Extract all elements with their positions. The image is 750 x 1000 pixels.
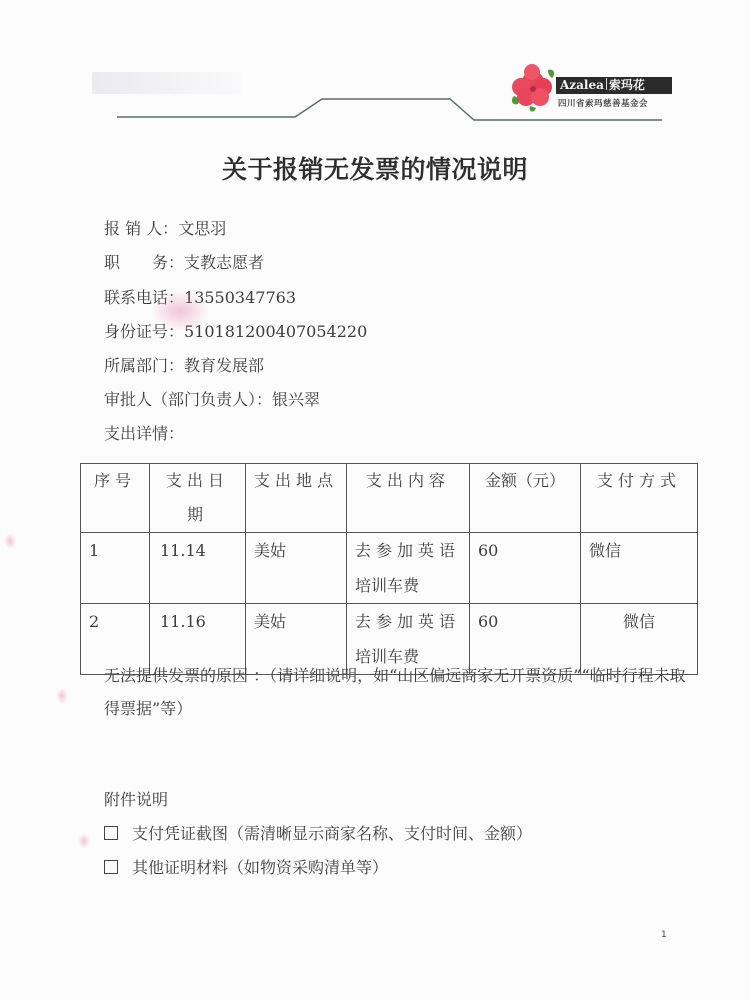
attachment-label: 支付凭证截图（需清晰显示商家名称、支付时间、金额） xyxy=(132,824,532,843)
document-title: 关于报销无发票的情况说明 xyxy=(0,150,750,186)
no-invoice-reason: 无法提供发票的原因 ：（请详细说明，如“山区偏远商家无开票资质”“临时行程未取得… xyxy=(104,659,694,725)
table-header-row: 序号 支出日期 支出地点 支出内容 金额（元） 支付方式 xyxy=(81,464,698,533)
content-line: 去参加英语 xyxy=(355,604,461,639)
field-label: 职 务： xyxy=(104,250,184,273)
expense-table: 序号 支出日期 支出地点 支出内容 金额（元） 支付方式 1 11.14 美姑 … xyxy=(80,463,698,675)
field-value: 教育发展部 xyxy=(184,356,264,375)
field-expense-details: 支出详情： xyxy=(104,421,184,444)
cell-amount: 60 xyxy=(470,533,581,604)
logo-brand-en: Azalea xyxy=(560,78,604,92)
field-label: 支出详情： xyxy=(104,421,184,444)
header-date: 支出日期 xyxy=(150,464,246,533)
content-line: 去参加英语 xyxy=(355,533,461,568)
cell-method: 微信 xyxy=(581,533,698,604)
field-value: 510181200407054220 xyxy=(184,322,367,341)
logo-brand-band: Azalea索玛花 xyxy=(556,77,672,94)
attachment-label: 其他证明材料（如物资采购清单等） xyxy=(132,858,388,877)
checkbox-icon[interactable] xyxy=(104,860,118,874)
cell-date: 11.14 xyxy=(150,533,246,604)
header-amount: 金额（元） xyxy=(470,464,581,533)
ink-smudge xyxy=(150,290,210,332)
page-number: 1 xyxy=(661,930,667,940)
document-page: Azalea索玛花 四川省索玛慈善基金会 关于报销无发票的情况说明 报 销 人：… xyxy=(0,0,750,1000)
field-approver: 审批人（部门负责人）：银兴翠 xyxy=(104,387,320,410)
field-position: 职 务：支教志愿者 xyxy=(104,250,264,273)
cell-place: 美姑 xyxy=(246,533,347,604)
attachment-item-payment-screenshot[interactable]: 支付凭证截图（需清晰显示商家名称、支付时间、金额） xyxy=(104,821,532,844)
field-value: 文思羽 xyxy=(178,219,226,238)
field-claimant: 报 销 人：文思羽 xyxy=(104,216,226,239)
checkbox-icon[interactable] xyxy=(104,826,118,840)
cell-no: 1 xyxy=(81,533,150,604)
ink-speck xyxy=(4,533,16,549)
header-no: 序号 xyxy=(81,464,150,533)
ink-speck xyxy=(78,833,90,849)
field-label: 报 销 人： xyxy=(104,216,178,239)
attachment-item-other-proof[interactable]: 其他证明材料（如物资采购清单等） xyxy=(104,855,388,878)
field-label: 所属部门： xyxy=(104,353,184,376)
field-label: 审批人（部门负责人）： xyxy=(104,387,272,410)
field-value: 银兴翠 xyxy=(272,390,320,409)
field-value: 支教志愿者 xyxy=(184,253,264,272)
foundation-logo: Azalea索玛花 四川省索玛慈善基金会 xyxy=(508,60,673,116)
attachments-title: 附件说明 xyxy=(104,787,168,810)
cell-content: 去参加英语 培训车费 xyxy=(347,533,470,604)
header-method: 支付方式 xyxy=(581,464,698,533)
logo-separator xyxy=(606,78,607,90)
logo-org-name: 四川省索玛慈善基金会 xyxy=(558,97,648,109)
content-line: 培训车费 xyxy=(355,568,461,603)
logo-brand-cn: 索玛花 xyxy=(609,78,645,92)
field-id-number: 身份证号：510181200407054220 xyxy=(104,319,367,342)
header-place: 支出地点 xyxy=(246,464,347,533)
header-content: 支出内容 xyxy=(347,464,470,533)
field-department: 所属部门：教育发展部 xyxy=(104,353,264,376)
table-row: 1 11.14 美姑 去参加英语 培训车费 60 微信 xyxy=(81,533,698,604)
ink-speck xyxy=(56,688,68,704)
azalea-flower-icon xyxy=(508,60,558,114)
